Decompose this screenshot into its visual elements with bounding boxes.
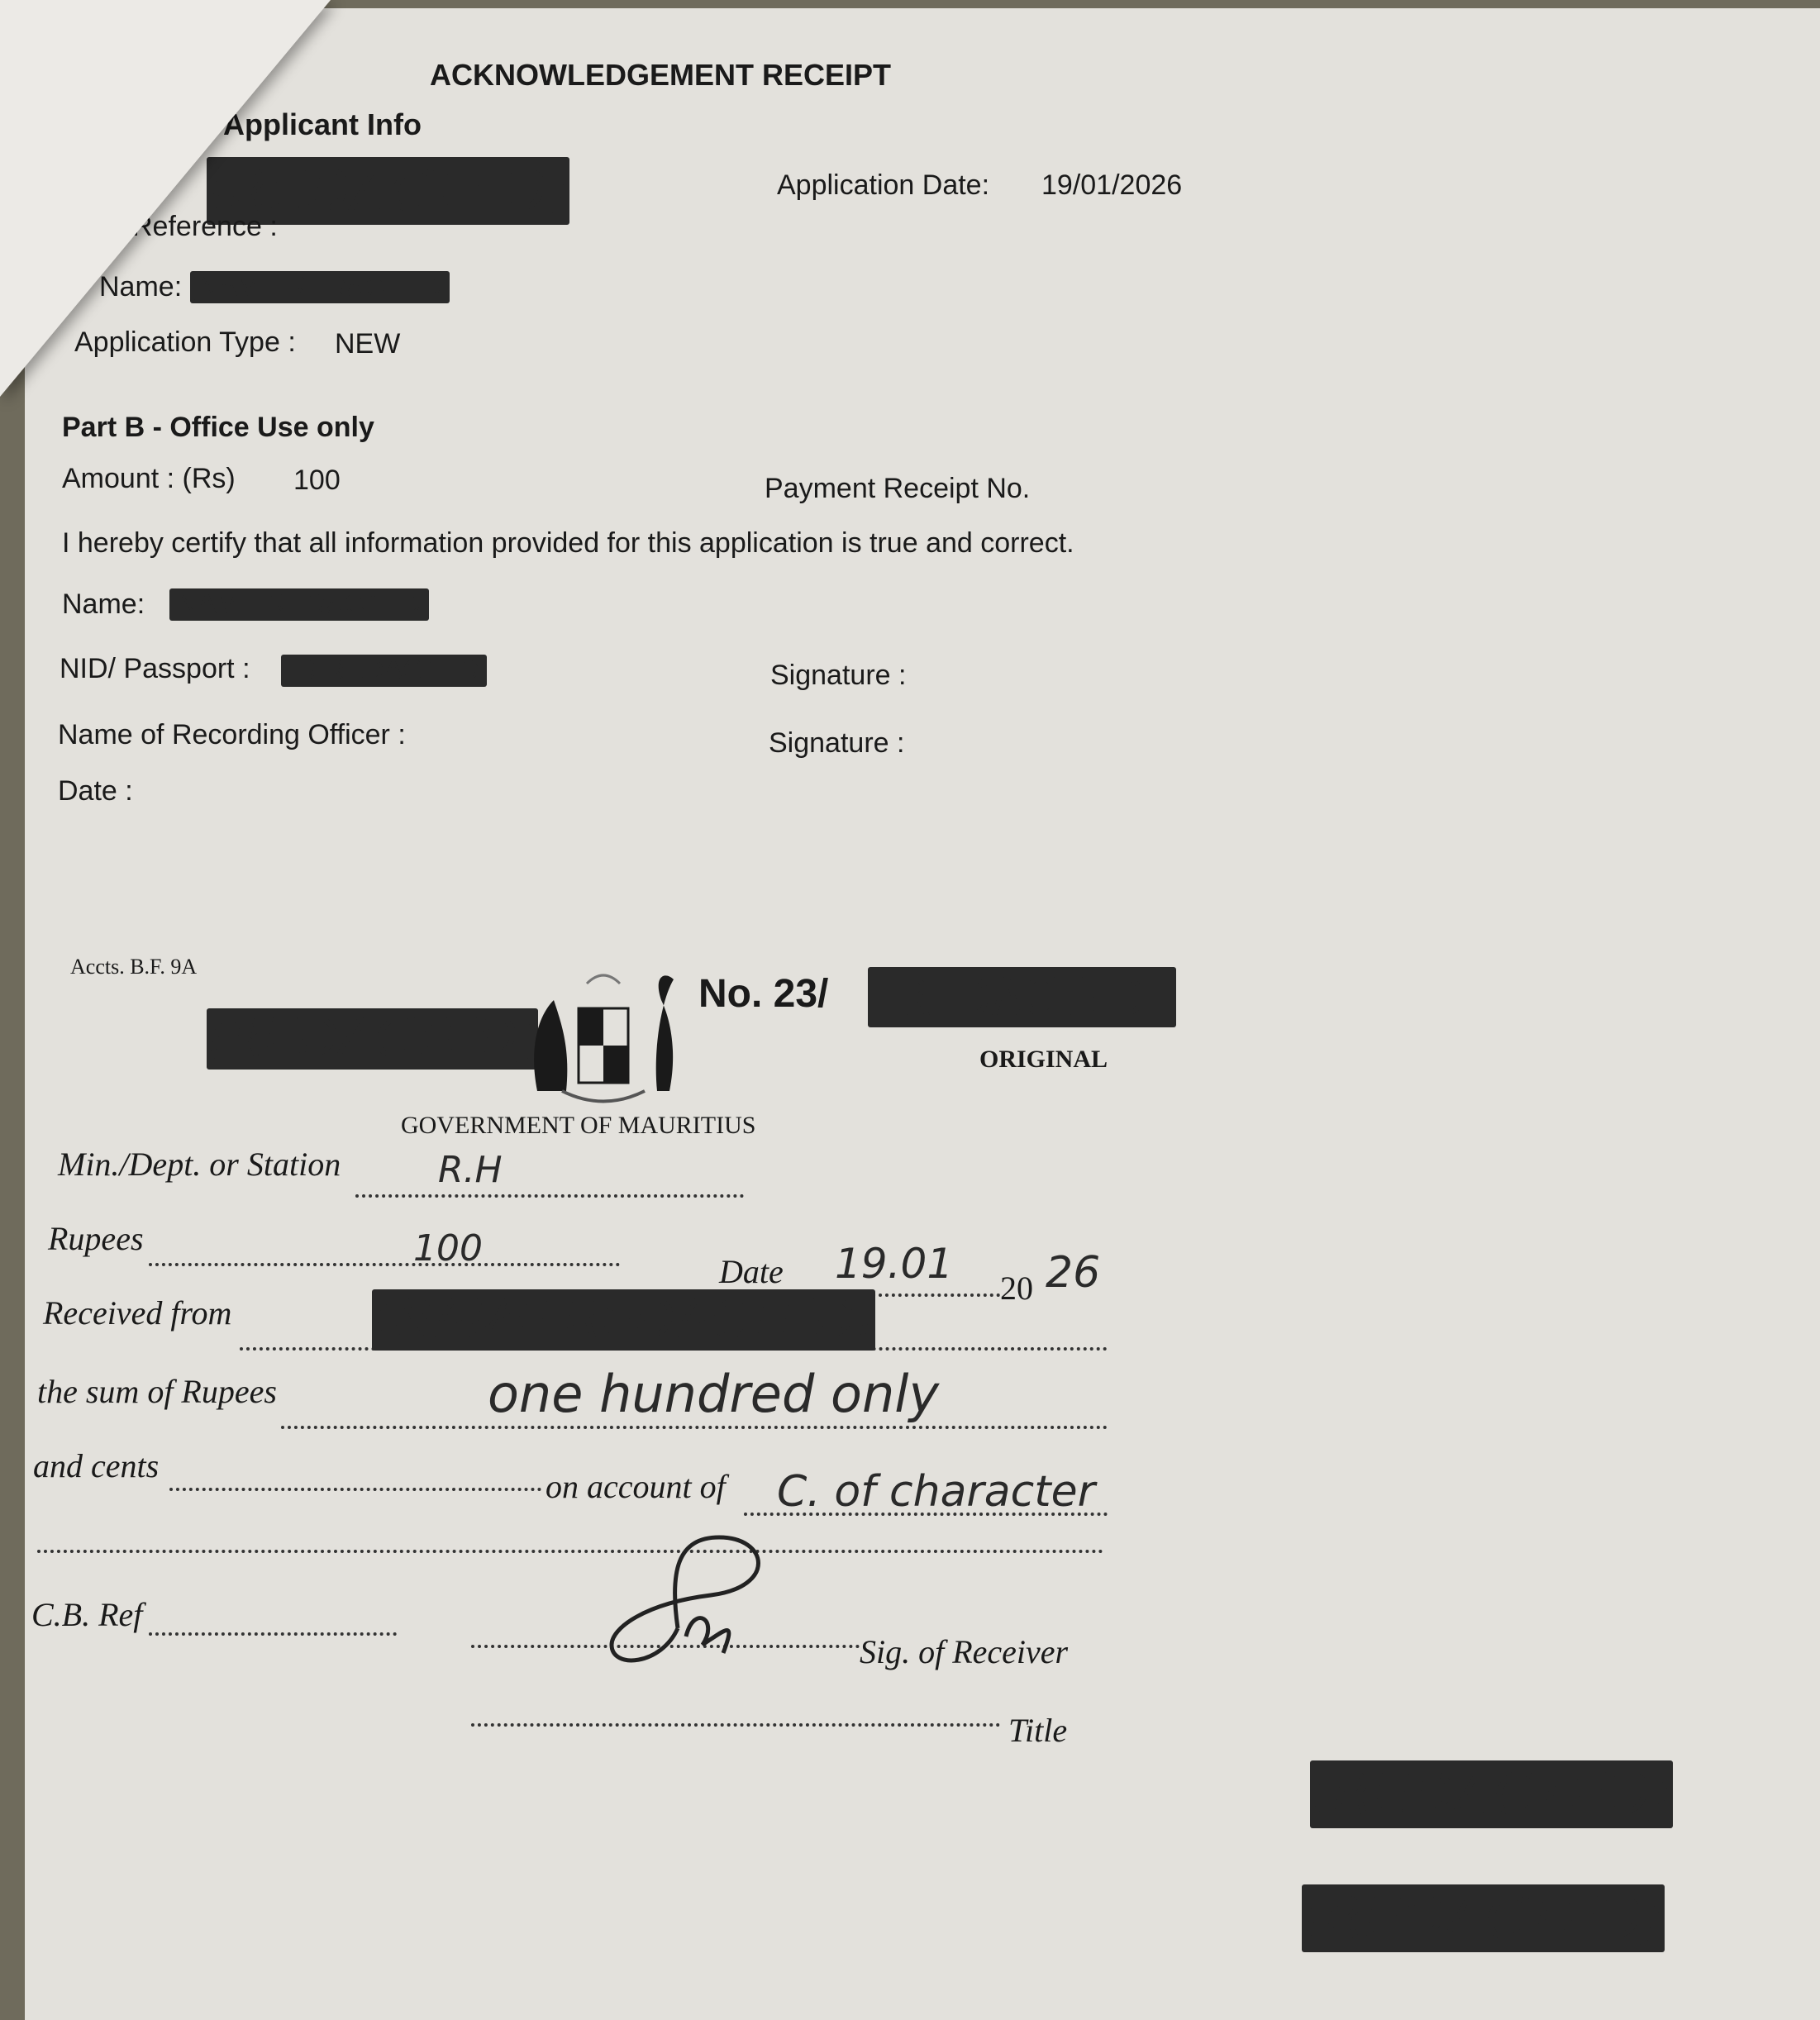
coat-of-arms-icon <box>521 967 686 1108</box>
signature2-label: Signature : <box>769 727 904 760</box>
part-b-title: Part B - Office Use only <box>62 412 374 444</box>
margin-note-line1: [REDACTED] <box>1310 1760 1673 1828</box>
sig-receiver-label: Sig. of Receiver <box>860 1632 1068 1671</box>
date-label: Date : <box>58 775 133 808</box>
receipt-number-prefix: No. 23/ <box>698 971 828 1017</box>
received-from-label: Received from <box>43 1293 231 1332</box>
amount-value: 100 <box>293 465 341 497</box>
date-field-label: Date <box>719 1252 784 1291</box>
name2-value: [NAME REDACTED] <box>169 588 429 621</box>
folded-page-corner <box>0 0 331 397</box>
payment-receipt-label: Payment Receipt No. <box>765 473 1030 505</box>
received-from-value: [NAME REDACTED] <box>372 1289 875 1351</box>
document-title: ACKNOWLEDGEMENT RECEIPT <box>430 58 891 93</box>
year-value: 26 <box>1046 1248 1100 1298</box>
dept-label: Min./Dept. or Station <box>58 1145 341 1184</box>
nid-label: NID/ Passport : <box>60 653 250 685</box>
receipt-number-value: [REDACTED] <box>868 967 1176 1027</box>
sum-label: the sum of Rupees <box>37 1372 277 1411</box>
certification-text: I hereby certify that all information pr… <box>62 527 1074 560</box>
year-prefix: 20 <box>1000 1269 1033 1308</box>
handwritten-receipt-ref: [REDACTED] <box>207 1008 538 1070</box>
sum-value: one hundred only <box>488 1364 939 1424</box>
form-code: Accts. B.F. 9A <box>70 955 197 979</box>
signature-label: Signature : <box>770 660 906 692</box>
date-field-value: 19.01 <box>835 1240 953 1288</box>
application-type-value: NEW <box>335 328 400 360</box>
application-date-value: 19/01/2026 <box>1041 169 1182 202</box>
application-date-label: Application Date: <box>777 169 989 202</box>
account-value: C. of character <box>777 1467 1095 1517</box>
margin-note-line2: [REDACTED] <box>1302 1884 1665 1952</box>
amount-label: Amount : (Rs) <box>62 463 236 495</box>
issuer: GOVERNMENT OF MAURITIUS <box>401 1112 755 1140</box>
name2-label: Name: <box>62 588 145 621</box>
cb-ref-label: C.B. Ref <box>31 1595 142 1634</box>
rupees-value: 100 <box>413 1227 483 1270</box>
title-label: Title <box>1008 1711 1067 1750</box>
cents-label: and cents <box>33 1446 159 1485</box>
copy-label: ORIGINAL <box>979 1046 1108 1074</box>
rupees-label: Rupees <box>48 1219 144 1258</box>
receiver-signature <box>562 1521 810 1670</box>
dept-value: R.H <box>438 1149 503 1191</box>
nid-value: [ID REDACTED] <box>281 655 487 687</box>
account-label: on account of <box>546 1467 726 1506</box>
officer-label: Name of Recording Officer : <box>58 719 406 751</box>
